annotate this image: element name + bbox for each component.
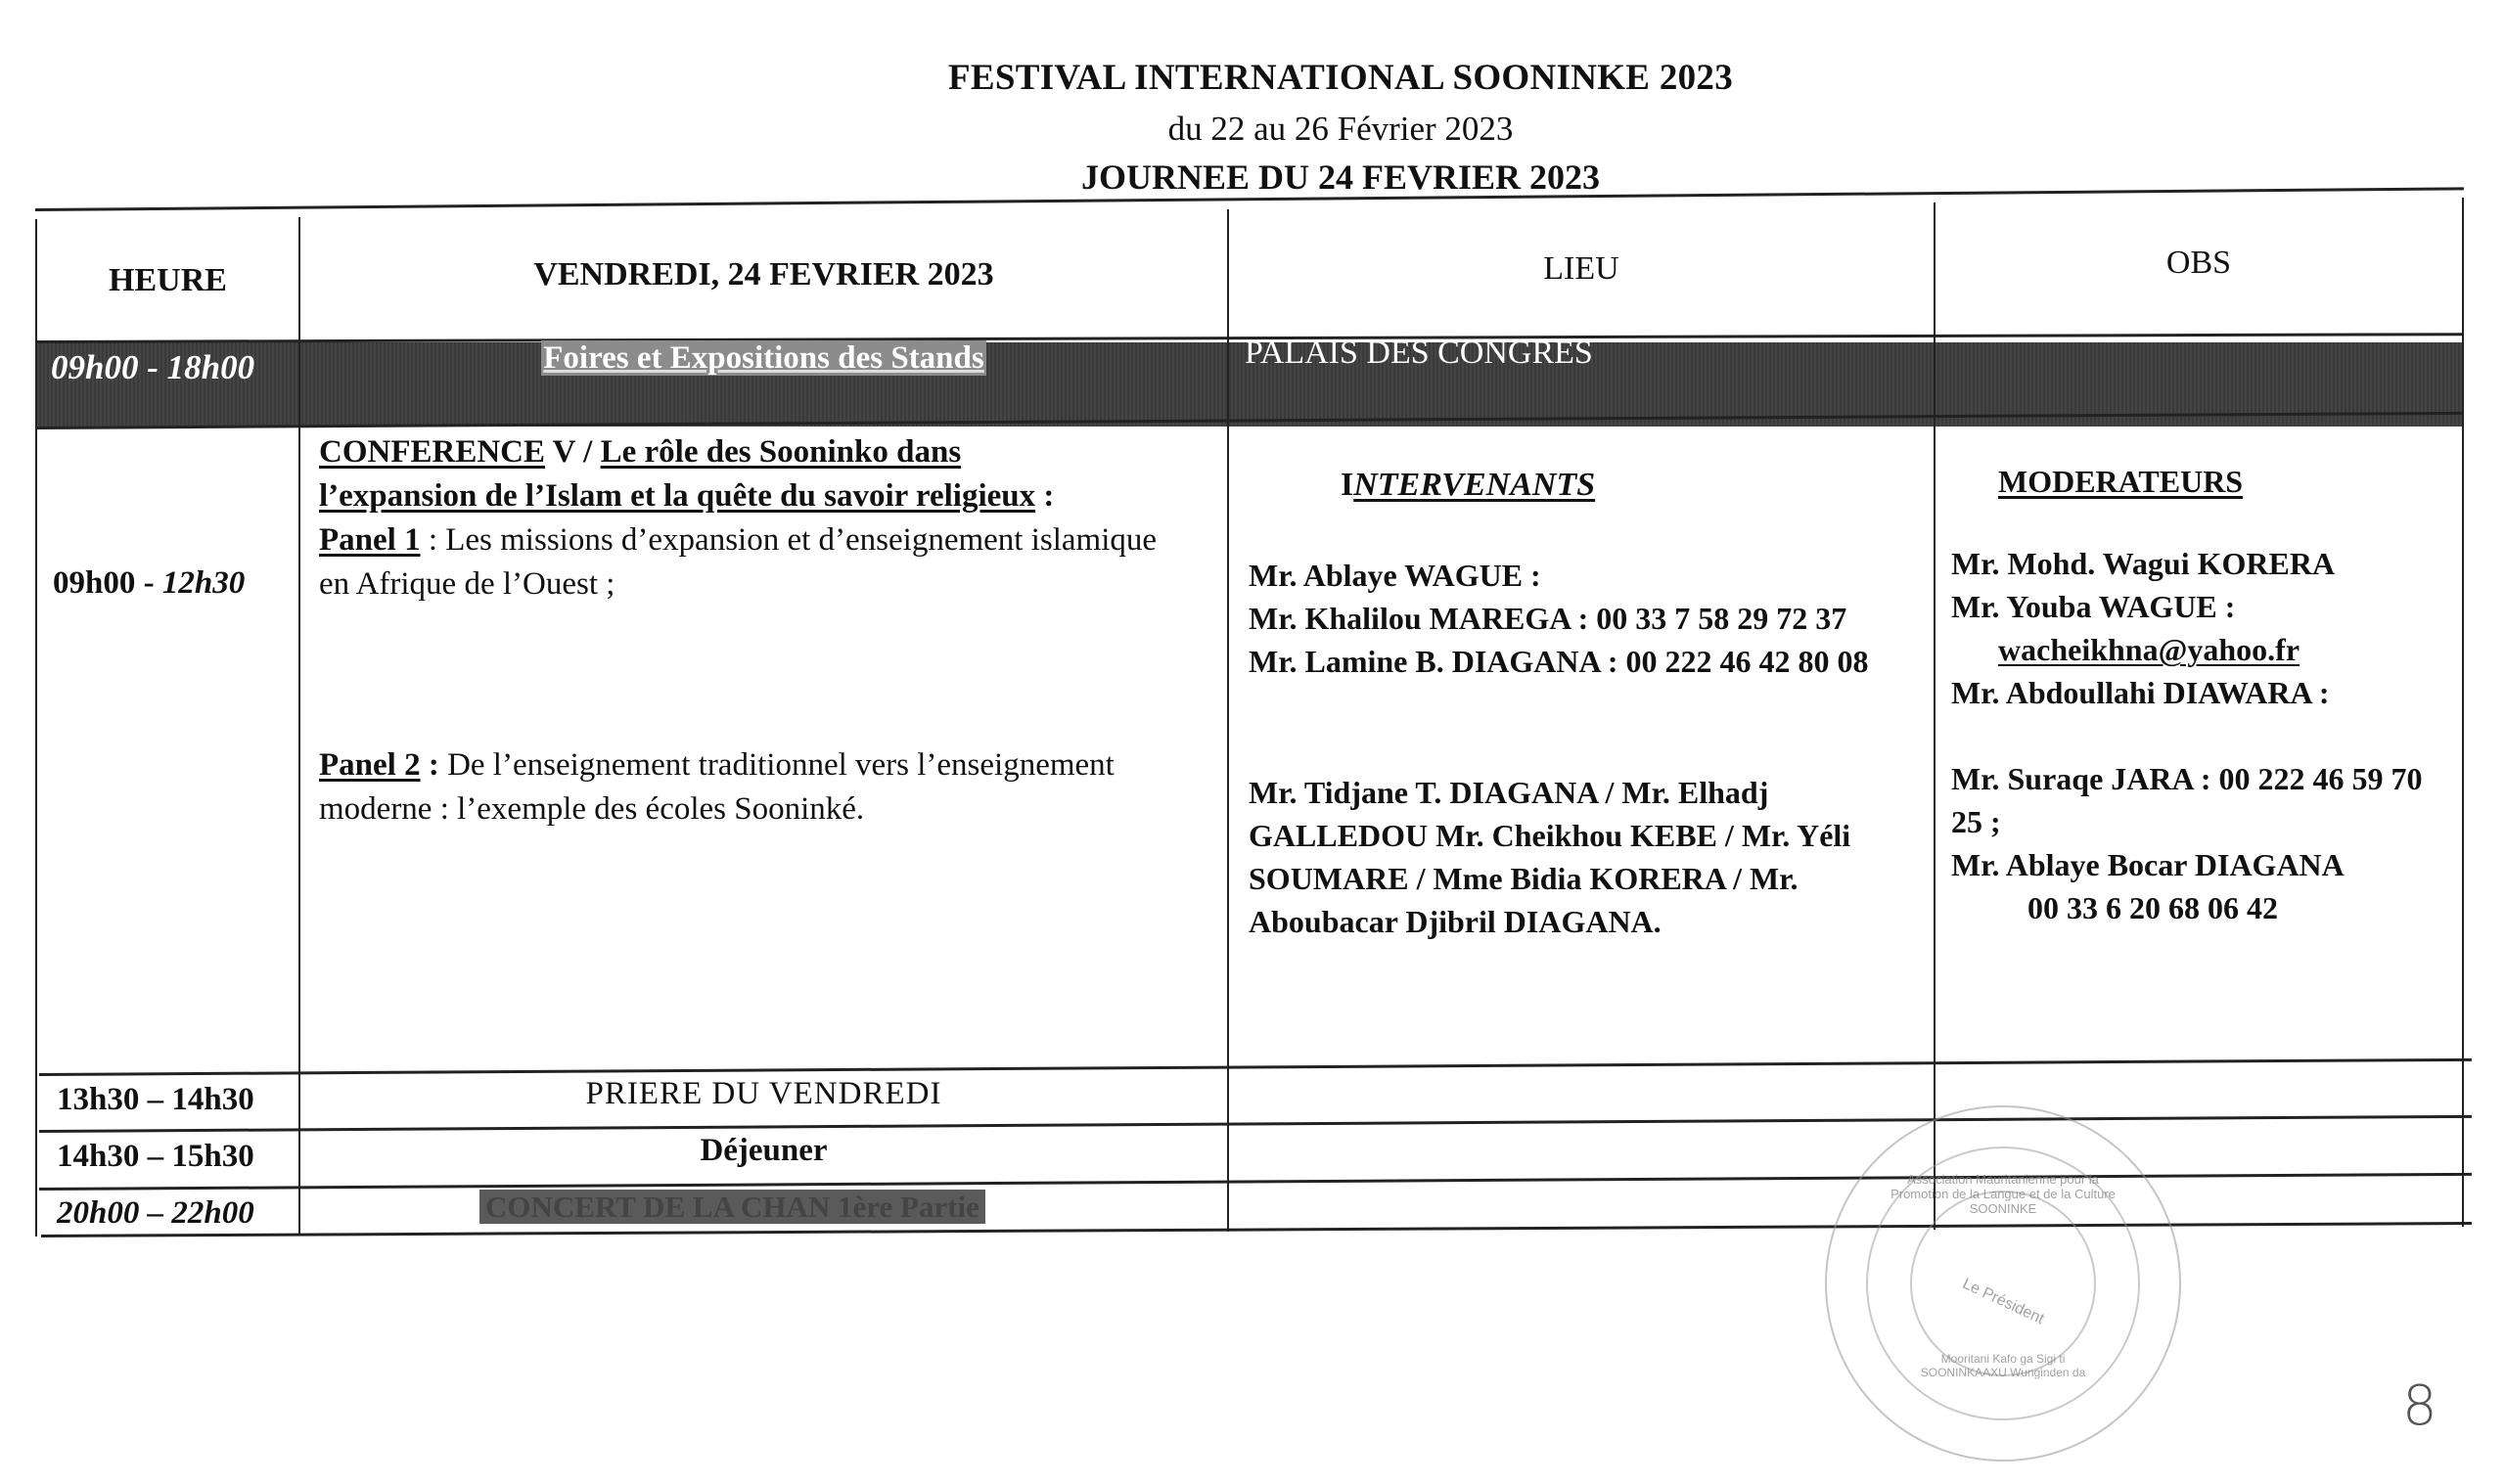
heading-initial: I <box>1341 467 1353 503</box>
speaker: Mr. Lamine B. DIAGANA : 00 222 46 42 80 … <box>1249 640 1934 683</box>
punctuation: : <box>421 747 439 783</box>
official-stamp: Association Mauritanienne pour la Promot… <box>1825 1105 2181 1462</box>
conference-description: CONFERENCE V / Le rôle des Sooninko dans… <box>319 430 1219 832</box>
column-header-day: VENDREDI, 24 FEVRIER 2023 <box>300 256 1227 293</box>
row-activity: Foires et Expositions des Stands <box>300 340 1227 377</box>
panel-2-text: De l’enseignement traditionnel vers l’en… <box>319 747 1115 827</box>
stamp-inner-text: Mooritani Kafo ga Sigi ti SOONINKAAXU Wu… <box>1915 1352 2091 1379</box>
row-location: PALAIS DES CONGRES <box>1245 335 1593 372</box>
moderator: Mr. Youba WAGUE : <box>1951 585 2460 628</box>
speakers-cell: INTERVENANTS Mr. Ablaye WAGUE : Mr. Khal… <box>1249 464 1934 943</box>
panel-1-speakers: Mr. Ablaye WAGUE : Mr. Khalilou MAREGA :… <box>1249 554 1934 683</box>
panel-1-moderators: Mr. Mohd. Wagui KORERA Mr. Youba WAGUE :… <box>1951 542 2460 714</box>
table-border-right <box>2462 198 2464 1227</box>
moderator: Mr. Ablaye Bocar DIAGANA <box>1951 843 2460 886</box>
moderator: Mr. Suraqe JARA : 00 222 46 59 70 25 ; <box>1951 757 2460 843</box>
panel-1-text: : Les missions d’expansion et d’enseigne… <box>319 522 1157 602</box>
conference-title: CONFERENCE V / Le rôle des Sooninko dans… <box>319 430 1219 518</box>
speakers-heading: INTERVENANTS <box>1341 464 1934 507</box>
moderators-heading: MODERATEURS <box>1998 460 2460 503</box>
conference-theme: Le rôle des Sooninko dans <box>601 434 962 470</box>
row-time: 13h30 – 14h30 <box>57 1082 254 1118</box>
punctuation: : <box>1035 478 1054 514</box>
moderators-cell: MODERATEURS Mr. Mohd. Wagui KORERA Mr. Y… <box>1951 460 2460 929</box>
page-number: 8 <box>2402 1374 2437 1438</box>
row-activity: CONCERT DE LA CHAN 1ère Partie <box>479 1190 985 1225</box>
panel-2-moderators: Mr. Suraqe JARA : 00 222 46 59 70 25 ; M… <box>1951 757 2460 929</box>
document-title: FESTIVAL INTERNATIONAL SOONINKE 2023 <box>920 57 1761 99</box>
column-header-heure: HEURE <box>37 262 298 299</box>
row-activity: PRIERE DU VENDREDI <box>300 1076 1227 1112</box>
heading-rest: NTERVENANTS <box>1353 467 1595 503</box>
conference-label: CONFERENCE <box>319 434 545 470</box>
activity-highlight: Foires et Expositions des Stands <box>541 340 985 376</box>
row-time: 14h30 – 15h30 <box>57 1139 254 1175</box>
panel-1: Panel 1 : Les missions d’expansion et d’… <box>319 518 1161 607</box>
column-header-obs: OBS <box>1936 245 2462 282</box>
obscured-activity: CONCERT DE LA CHAN 1ère Partie <box>479 1190 985 1224</box>
row-divider <box>39 1058 2472 1076</box>
moderator: Mr. Abdoullahi DIAWARA : <box>1951 671 2460 714</box>
stamp-outer-text: Association Mauritanienne pour la Promot… <box>1886 1172 2120 1216</box>
column-header-lieu: LIEU <box>1229 250 1934 288</box>
row-time: 09h00 - 12h30 <box>53 565 245 602</box>
stamp-ring <box>1910 1191 2096 1376</box>
panel-2: Panel 2 : De l’enseignement traditionnel… <box>319 743 1229 832</box>
festival-dates: du 22 au 26 Février 2023 <box>920 110 1761 149</box>
table-border-left <box>35 219 37 1237</box>
moderator-email-link[interactable]: wacheikhna@yahoo.fr <box>1998 628 2460 671</box>
row-activity: Déjeuner <box>300 1133 1227 1169</box>
column-divider <box>1934 202 1936 1230</box>
moderator: Mr. Mohd. Wagui KORERA <box>1951 542 2460 585</box>
panel-2-label: Panel 2 <box>319 747 421 783</box>
day-title: JOURNEE DU 24 FEVRIER 2023 <box>920 157 1761 198</box>
column-divider <box>1227 209 1229 1232</box>
moderator-phone: 00 33 6 20 68 06 42 <box>2027 886 2460 929</box>
row-divider <box>39 1115 2472 1133</box>
time-start: 09h00 - <box>53 565 162 601</box>
conference-number: V / <box>545 434 601 470</box>
row-time: 09h00 - 18h00 <box>51 348 254 387</box>
speaker: Mr. Ablaye WAGUE : <box>1249 554 1934 597</box>
panel-2-speakers: Mr. Tidjane T. DIAGANA / Mr. Elhadj GALL… <box>1249 771 1934 943</box>
conference-theme-cont: l’expansion de l’Islam et la quête du sa… <box>319 478 1035 514</box>
speaker: Mr. Khalilou MAREGA : 00 33 7 58 29 72 3… <box>1249 597 1934 640</box>
panel-1-label: Panel 1 <box>319 522 421 558</box>
time-end: 12h30 <box>162 565 245 601</box>
row-time: 20h00 – 22h00 <box>57 1195 254 1232</box>
